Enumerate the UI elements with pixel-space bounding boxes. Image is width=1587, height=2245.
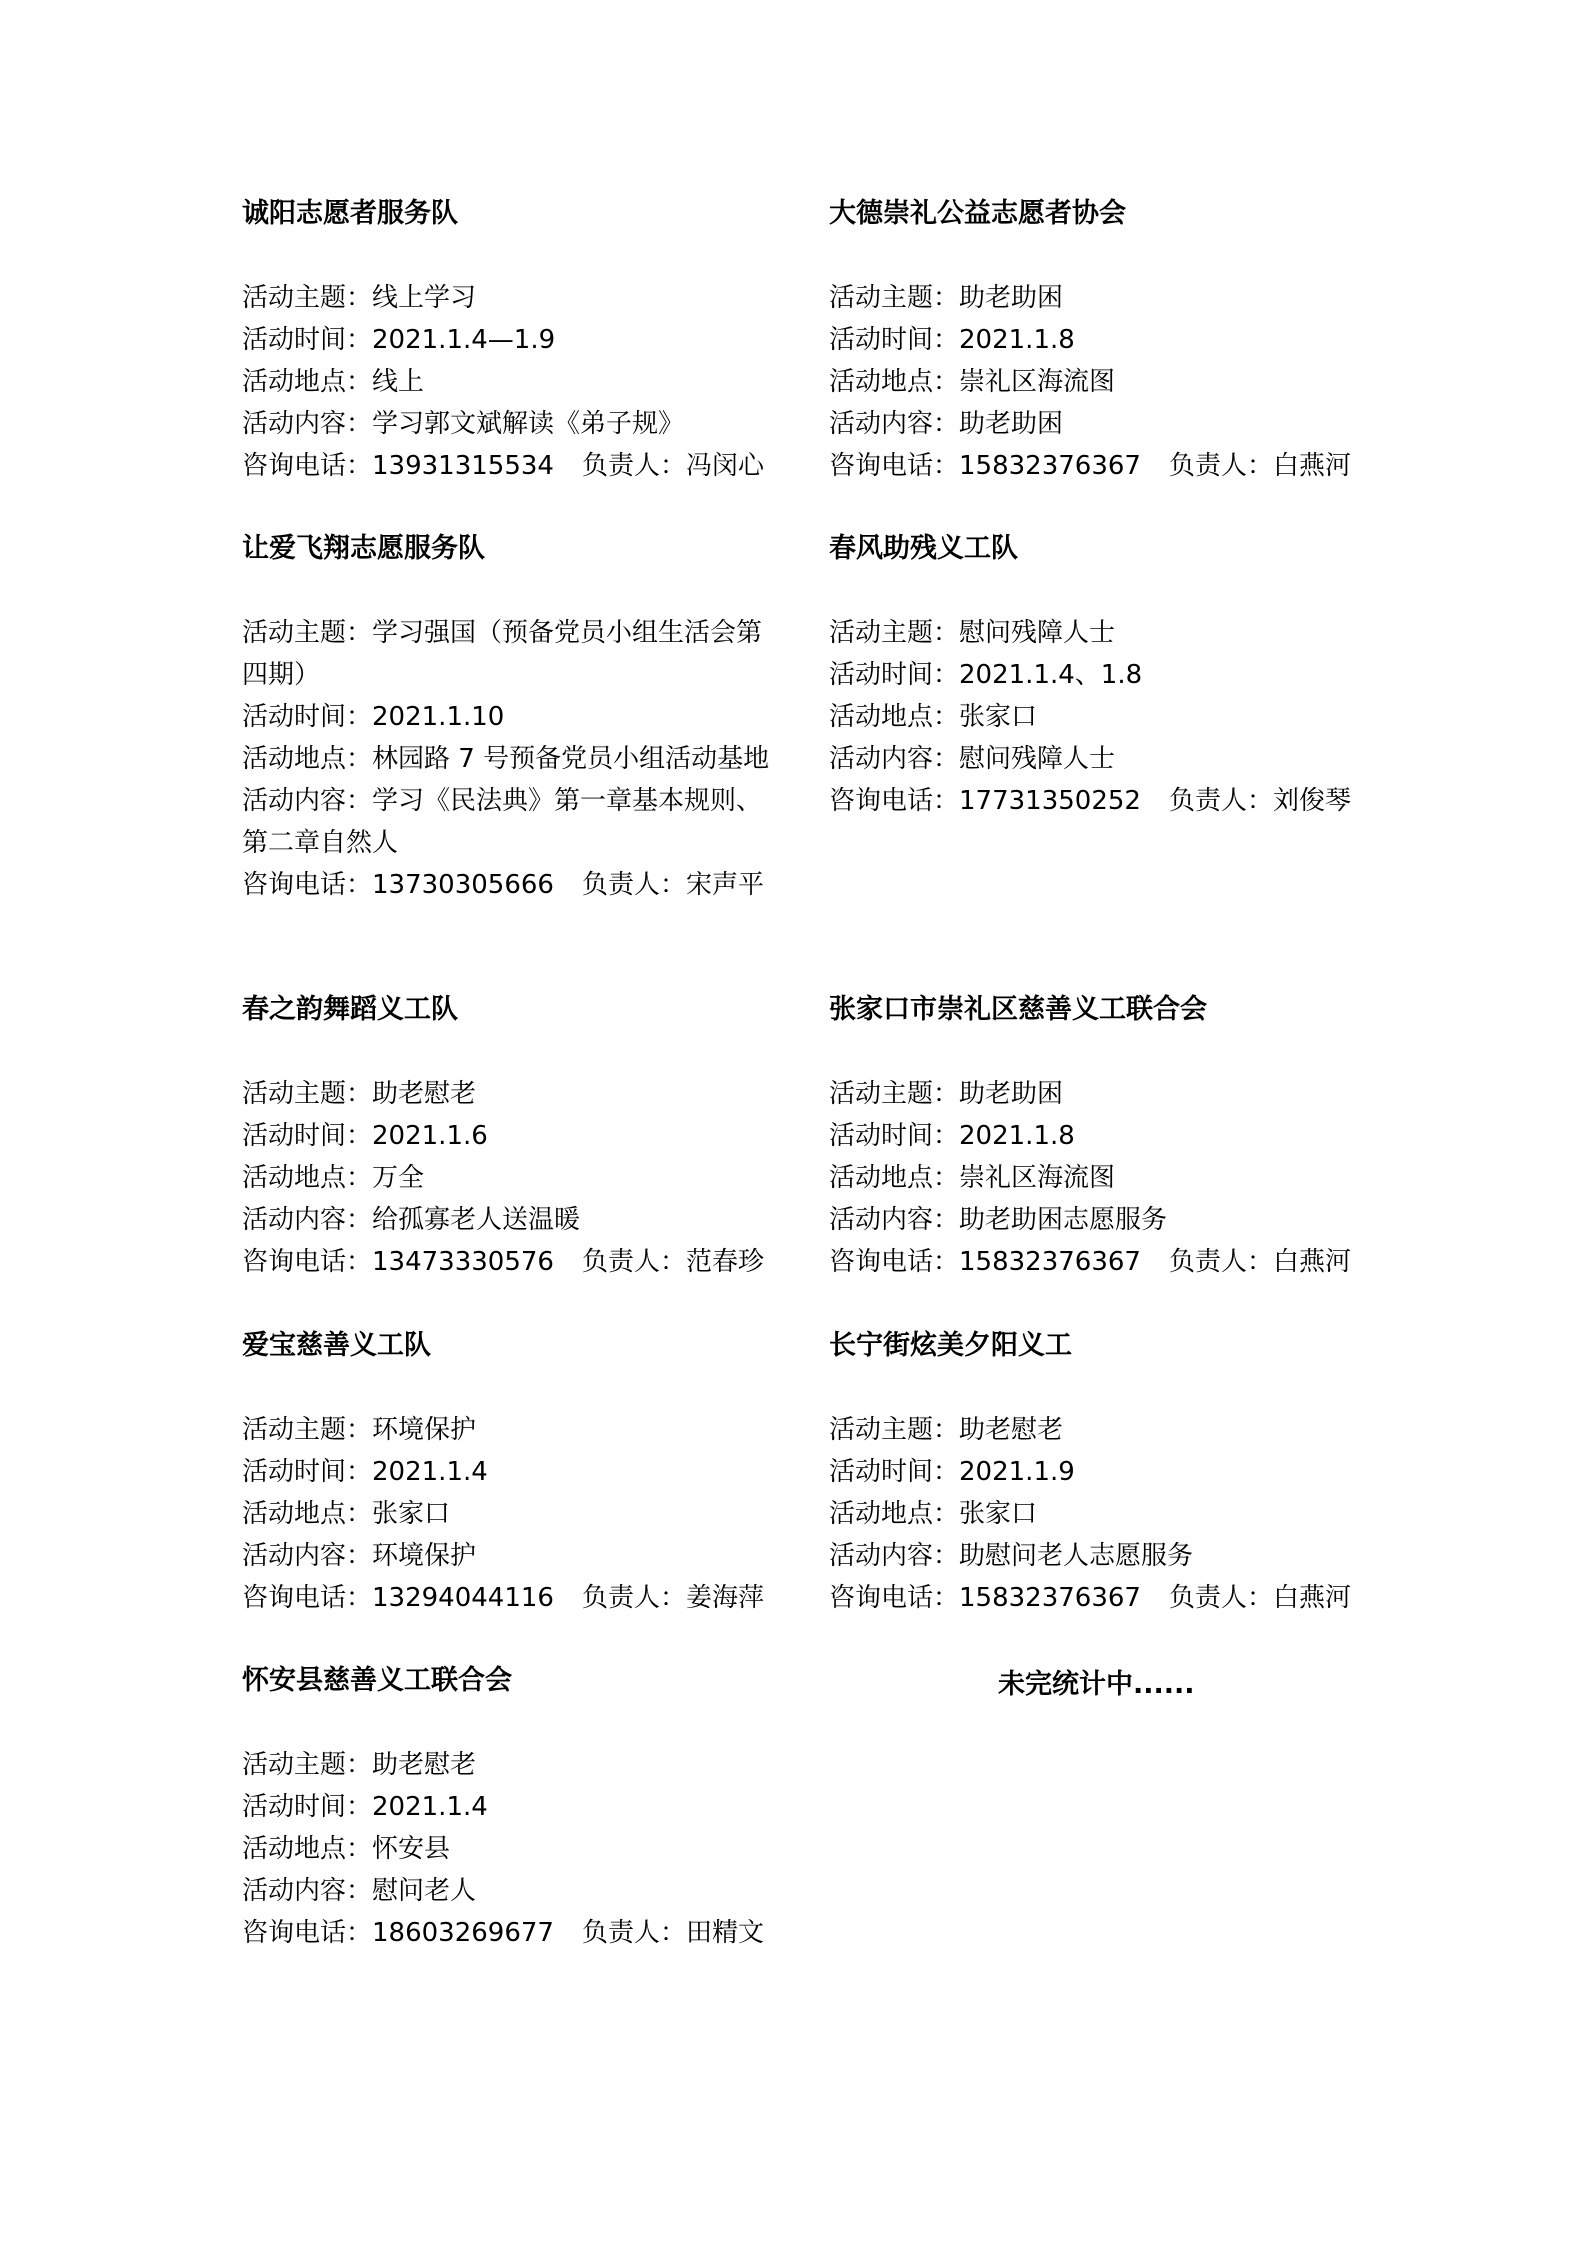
person-in-charge: 范春珍 xyxy=(686,1247,764,1277)
activity-theme: 活动主题：线上学习 xyxy=(242,277,802,319)
org-block: 张家口市崇礼区慈善义工联合会 活动主题：助老助困 活动时间：2021.1.8 活… xyxy=(829,989,1389,1283)
activity-content: 活动内容：学习《民法典》第一章基本规则、第二章自然人 xyxy=(242,780,782,864)
org-name: 春之韵舞蹈义工队 xyxy=(242,989,802,1031)
activity-place: 活动地点：怀安县 xyxy=(242,1828,802,1870)
contact-line: 咨询电话：15832376367负责人：白燕河 xyxy=(829,1241,1389,1283)
activity-place: 活动地点：张家口 xyxy=(829,696,1389,738)
activity-theme: 活动主题：助老慰老 xyxy=(242,1744,802,1786)
activity-content: 活动内容：环境保护 xyxy=(242,1535,802,1577)
person-in-charge: 冯闵心 xyxy=(686,451,764,481)
org-name: 诚阳志愿者服务队 xyxy=(242,193,802,235)
activity-place: 活动地点：线上 xyxy=(242,361,802,403)
org-name: 大德崇礼公益志愿者协会 xyxy=(829,193,1389,235)
activity-place: 活动地点：崇礼区海流图 xyxy=(829,1157,1389,1199)
activity-content: 活动内容：慰问残障人士 xyxy=(829,738,1389,780)
org-block: 诚阳志愿者服务队 活动主题：线上学习 活动时间：2021.1.4—1.9 活动地… xyxy=(242,193,802,487)
activity-content: 活动内容：慰问老人 xyxy=(242,1870,802,1912)
person-in-charge: 宋声平 xyxy=(686,870,764,900)
activity-time: 活动时间：2021.1.4 xyxy=(242,1451,802,1493)
phone-number: 15832376367 xyxy=(959,1247,1141,1277)
phone-number: 13730305666 xyxy=(372,870,554,900)
contact-line: 咨询电话：18603269677负责人：田精文 xyxy=(242,1912,802,1954)
contact-line: 咨询电话：17731350252负责人：刘俊琴 xyxy=(829,780,1389,822)
org-block: 春之韵舞蹈义工队 活动主题：助老慰老 活动时间：2021.1.6 活动地点：万全… xyxy=(242,989,802,1283)
org-name: 让爱飞翔志愿服务队 xyxy=(242,528,782,570)
activity-theme: 活动主题：助老慰老 xyxy=(829,1409,1389,1451)
activity-time: 活动时间：2021.1.4、1.8 xyxy=(829,654,1389,696)
pending-statistics-note: 未完统计中...... xyxy=(998,1664,1195,1706)
activity-place: 活动地点：林园路 7 号预备党员小组活动基地 xyxy=(242,738,782,780)
person-in-charge: 白燕河 xyxy=(1273,451,1351,481)
activity-time: 活动时间：2021.1.4 xyxy=(242,1786,802,1828)
activity-theme: 活动主题：慰问残障人士 xyxy=(829,612,1389,654)
activity-time: 活动时间：2021.1.6 xyxy=(242,1115,802,1157)
activity-place: 活动地点：万全 xyxy=(242,1157,802,1199)
person-in-charge: 姜海萍 xyxy=(686,1583,764,1613)
org-name: 怀安县慈善义工联合会 xyxy=(242,1660,802,1702)
activity-theme: 活动主题：助老助困 xyxy=(829,277,1389,319)
phone-number: 17731350252 xyxy=(959,786,1141,816)
activity-theme: 活动主题：学习强国（预备党员小组生活会第四期） xyxy=(242,612,782,696)
person-in-charge: 白燕河 xyxy=(1273,1583,1351,1613)
org-name: 爱宝慈善义工队 xyxy=(242,1325,802,1367)
activity-content: 活动内容：助老助困 xyxy=(829,403,1389,445)
activity-time: 活动时间：2021.1.8 xyxy=(829,319,1389,361)
activity-content: 活动内容：学习郭文斌解读《弟子规》 xyxy=(242,403,802,445)
phone-number: 13473330576 xyxy=(372,1247,554,1277)
phone-number: 13931315534 xyxy=(372,451,554,481)
activity-place: 活动地点：张家口 xyxy=(242,1493,802,1535)
person-in-charge: 田精文 xyxy=(686,1918,764,1948)
org-block: 让爱飞翔志愿服务队 活动主题：学习强国（预备党员小组生活会第四期） 活动时间：2… xyxy=(242,528,782,906)
org-block: 怀安县慈善义工联合会 活动主题：助老慰老 活动时间：2021.1.4 活动地点：… xyxy=(242,1660,802,1954)
activity-time: 活动时间：2021.1.4—1.9 xyxy=(242,319,802,361)
org-block: 爱宝慈善义工队 活动主题：环境保护 活动时间：2021.1.4 活动地点：张家口… xyxy=(242,1325,802,1619)
activity-time: 活动时间：2021.1.8 xyxy=(829,1115,1389,1157)
org-name: 长宁街炫美夕阳义工 xyxy=(829,1325,1389,1367)
contact-line: 咨询电话：13473330576负责人：范春珍 xyxy=(242,1241,802,1283)
activity-theme: 活动主题：助老慰老 xyxy=(242,1073,802,1115)
contact-line: 咨询电话：15832376367负责人：白燕河 xyxy=(829,1577,1389,1619)
activity-content: 活动内容：给孤寡老人送温暖 xyxy=(242,1199,802,1241)
person-in-charge: 刘俊琴 xyxy=(1273,786,1351,816)
activity-place: 活动地点：张家口 xyxy=(829,1493,1389,1535)
phone-number: 18603269677 xyxy=(372,1918,554,1948)
activity-time: 活动时间：2021.1.10 xyxy=(242,696,782,738)
org-block: 春风助残义工队 活动主题：慰问残障人士 活动时间：2021.1.4、1.8 活动… xyxy=(829,528,1389,822)
contact-line: 咨询电话：13294044116负责人：姜海萍 xyxy=(242,1577,802,1619)
activity-time: 活动时间：2021.1.9 xyxy=(829,1451,1389,1493)
org-block: 大德崇礼公益志愿者协会 活动主题：助老助困 活动时间：2021.1.8 活动地点… xyxy=(829,193,1389,487)
contact-line: 咨询电话：13730305666负责人：宋声平 xyxy=(242,864,782,906)
activity-content: 活动内容：助老助困志愿服务 xyxy=(829,1199,1389,1241)
contact-line: 咨询电话：15832376367负责人：白燕河 xyxy=(829,445,1389,487)
phone-number: 13294044116 xyxy=(372,1583,554,1613)
phone-number: 15832376367 xyxy=(959,451,1141,481)
activity-place: 活动地点：崇礼区海流图 xyxy=(829,361,1389,403)
phone-number: 15832376367 xyxy=(959,1583,1141,1613)
org-block: 长宁街炫美夕阳义工 活动主题：助老慰老 活动时间：2021.1.9 活动地点：张… xyxy=(829,1325,1389,1619)
org-name: 张家口市崇礼区慈善义工联合会 xyxy=(829,989,1389,1031)
contact-line: 咨询电话：13931315534负责人：冯闵心 xyxy=(242,445,802,487)
person-in-charge: 白燕河 xyxy=(1273,1247,1351,1277)
activity-content: 活动内容：助慰问老人志愿服务 xyxy=(829,1535,1389,1577)
activity-theme: 活动主题：助老助困 xyxy=(829,1073,1389,1115)
activity-theme: 活动主题：环境保护 xyxy=(242,1409,802,1451)
org-name: 春风助残义工队 xyxy=(829,528,1389,570)
